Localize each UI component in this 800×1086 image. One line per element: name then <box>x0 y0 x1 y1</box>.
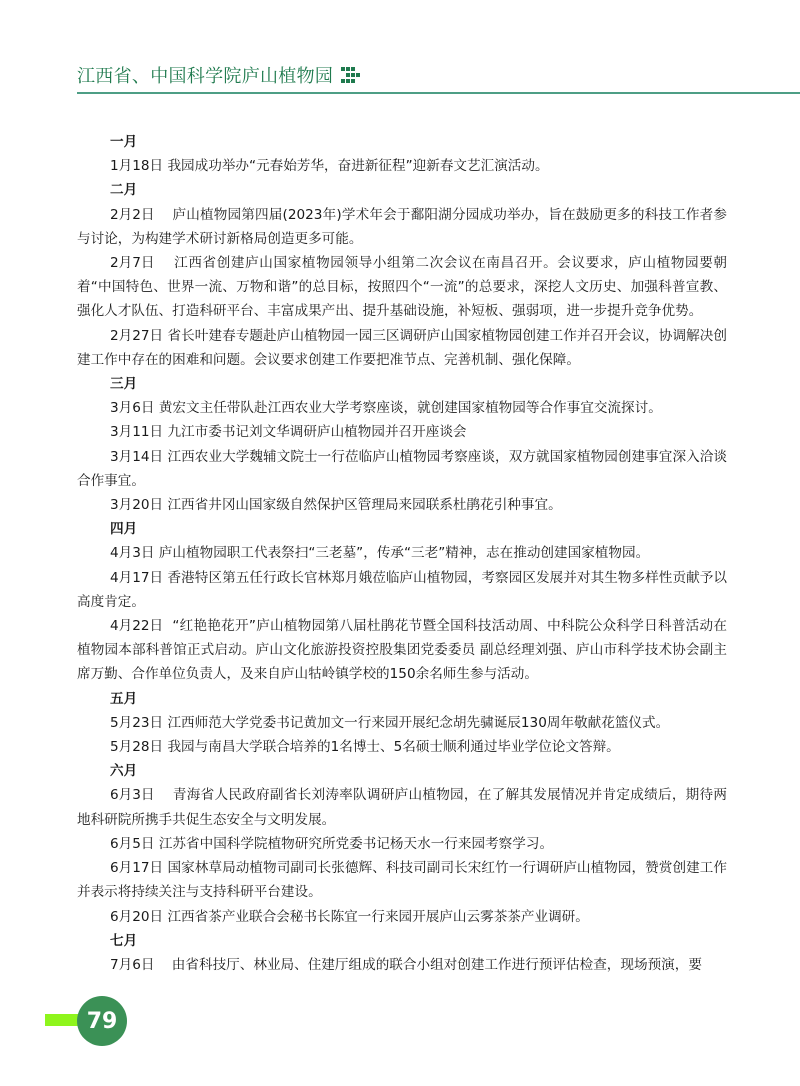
event-entry: 4月17日 香港特区第五任行政长官林郑月娥莅临庐山植物园，考察园区发展并对其生物… <box>77 566 727 614</box>
month-heading: 三月 <box>77 372 727 396</box>
event-text: 江西省井冈山国家级自然保护区管理局来园联系杜鹃花引种事宜。 <box>167 497 561 513</box>
month-section-mar: 三月 3月6日 黄宏文主任带队赴江西农业大学考察座谈，就创建国家植物园等合作事宜… <box>77 372 727 517</box>
event-text: 江西省创建庐山国家植物园领导小组第二次会议在南昌召开。会议要求，庐山植物园要朝着… <box>77 255 727 319</box>
event-entry: 2月7日 江西省创建庐山国家植物园领导小组第二次会议在南昌召开。会议要求，庐山植… <box>77 251 727 324</box>
event-entry: 3月11日 九江市委书记刘文华调研庐山植物园并召开座谈会 <box>77 420 727 444</box>
event-entry: 6月3日 青海省人民政府副省长刘涛率队调研庐山植物园，在了解其发展情况并肯定成绩… <box>77 783 727 831</box>
event-date: 3月6日 <box>110 396 155 420</box>
month-section-apr: 四月 4月3日 庐山植物园职工代表祭扫“三老墓”，传承“三老”精神，志在推动创建… <box>77 517 727 686</box>
event-date: 6月17日 <box>110 856 163 880</box>
event-date: 2月2日 <box>110 203 155 227</box>
header-divider <box>77 92 800 94</box>
chronicle-content: 一月 1月18日 我园成功举办“元春始芳华，奋进新征程”迎新春文艺汇演活动。 二… <box>77 130 727 977</box>
event-date: 4月22日 <box>110 614 163 638</box>
month-heading: 二月 <box>77 178 727 202</box>
month-section-may: 五月 5月23日 江西师范大学党委书记黄加文一行来园开展纪念胡先骕诞辰130周年… <box>77 687 727 760</box>
month-section-jun: 六月 6月3日 青海省人民政府副省长刘涛率队调研庐山植物园，在了解其发展情况并肯… <box>77 759 727 928</box>
event-date: 4月3日 <box>110 541 155 565</box>
event-text: 省长叶建春专题赴庐山植物园一园三区调研庐山国家植物园创建工作并召开会议，协调解决… <box>77 328 727 368</box>
event-entry: 6月20日 江西省茶产业联合会秘书长陈宜一行来园开展庐山云雾茶茶产业调研。 <box>77 905 727 929</box>
event-entry: 5月23日 江西师范大学党委书记黄加文一行来园开展纪念胡先骕诞辰130周年敬献花… <box>77 711 727 735</box>
event-text: “红艳艳花开”庐山植物园第八届杜鹃花节暨全国科技活动周、中科院公众科学日科普活动… <box>77 618 727 682</box>
event-entry: 4月3日 庐山植物园职工代表祭扫“三老墓”，传承“三老”精神，志在推动创建国家植… <box>77 541 727 565</box>
event-text: 国家林草局动植物司副司长张德辉、科技司副司长宋红竹一行调研庐山植物园，赞赏创建工… <box>77 860 727 900</box>
page-number-badge: 79 <box>77 996 127 1046</box>
running-header: 江西省、中国科学院庐山植物园 <box>77 62 363 88</box>
event-date: 1月18日 <box>110 154 163 178</box>
double-chevron-dots-icon <box>341 65 363 85</box>
event-text: 香港特区第五任行政长官林郑月娥莅临庐山植物园，考察园区发展并对其生物多样性贡献予… <box>77 570 727 610</box>
event-date: 6月20日 <box>110 905 163 929</box>
event-text: 我园成功举办“元春始芳华，奋进新征程”迎新春文艺汇演活动。 <box>167 158 548 174</box>
event-date: 5月23日 <box>110 711 163 735</box>
month-heading: 六月 <box>77 759 727 783</box>
month-heading: 一月 <box>77 130 727 154</box>
event-text: 江西省茶产业联合会秘书长陈宜一行来园开展庐山云雾茶茶产业调研。 <box>167 909 588 925</box>
event-text: 庐山植物园第四届(2023年)学术年会于鄱阳湖分园成功举办，旨在鼓励更多的科技工… <box>77 207 727 247</box>
event-entry: 5月28日 我园与南昌大学联合培养的1名博士、5名硕士顺利通过毕业学位论文答辩。 <box>77 735 727 759</box>
month-section-jan: 一月 1月18日 我园成功举办“元春始芳华，奋进新征程”迎新春文艺汇演活动。 <box>77 130 727 178</box>
month-section-feb: 二月 2月2日 庐山植物园第四届(2023年)学术年会于鄱阳湖分园成功举办，旨在… <box>77 178 727 372</box>
month-heading: 四月 <box>77 517 727 541</box>
event-entry: 2月2日 庐山植物园第四届(2023年)学术年会于鄱阳湖分园成功举办，旨在鼓励更… <box>77 203 727 251</box>
event-entry: 6月5日 江苏省中国科学院植物研究所党委书记杨天水一行来园考察学习。 <box>77 832 727 856</box>
event-text: 江苏省中国科学院植物研究所党委书记杨天水一行来园考察学习。 <box>159 836 553 852</box>
event-entry: 7月6日 由省科技厅、林业局、住建厅组成的联合小组对创建工作进行预评估检查，现场… <box>77 953 727 977</box>
event-text: 九江市委书记刘文华调研庐山植物园并召开座谈会 <box>167 424 466 440</box>
event-text: 江西农业大学魏辅文院士一行莅临庐山植物园考察座谈，双方就国家植物园创建事宜深入洽… <box>77 449 727 489</box>
event-date: 2月7日 <box>110 251 155 275</box>
event-date: 6月3日 <box>110 783 155 807</box>
event-text: 江西师范大学党委书记黄加文一行来园开展纪念胡先骕诞辰130周年敬献花篮仪式。 <box>167 715 669 731</box>
event-entry: 3月6日 黄宏文主任带队赴江西农业大学考察座谈，就创建国家植物园等合作事宜交流探… <box>77 396 727 420</box>
event-entry: 3月20日 江西省井冈山国家级自然保护区管理局来园联系杜鹃花引种事宜。 <box>77 493 727 517</box>
event-text: 青海省人民政府副省长刘涛率队调研庐山植物园，在了解其发展情况并肯定成绩后，期待两… <box>77 787 727 827</box>
event-text: 黄宏文主任带队赴江西农业大学考察座谈，就创建国家植物园等合作事宜交流探讨。 <box>159 400 662 416</box>
event-date: 4月17日 <box>110 566 163 590</box>
month-heading: 五月 <box>77 687 727 711</box>
event-date: 6月5日 <box>110 832 155 856</box>
event-date: 7月6日 <box>110 953 155 977</box>
event-entry: 6月17日 国家林草局动植物司副司长张德辉、科技司副司长宋红竹一行调研庐山植物园… <box>77 856 727 904</box>
event-date: 2月27日 <box>110 324 163 348</box>
month-heading: 七月 <box>77 929 727 953</box>
event-entry: 3月14日 江西农业大学魏辅文院士一行莅临庐山植物园考察座谈，双方就国家植物园创… <box>77 445 727 493</box>
event-date: 3月11日 <box>110 420 163 444</box>
event-date: 5月28日 <box>110 735 163 759</box>
event-entry: 1月18日 我园成功举办“元春始芳华，奋进新征程”迎新春文艺汇演活动。 <box>77 154 727 178</box>
event-entry: 2月27日 省长叶建春专题赴庐山植物园一园三区调研庐山国家植物园创建工作并召开会… <box>77 324 727 372</box>
event-text: 由省科技厅、林业局、住建厅组成的联合小组对创建工作进行预评估检查，现场预演，要 <box>172 957 702 973</box>
event-text: 庐山植物园职工代表祭扫“三老墓”，传承“三老”精神，志在推动创建国家植物园。 <box>159 545 649 561</box>
month-section-jul: 七月 7月6日 由省科技厅、林业局、住建厅组成的联合小组对创建工作进行预评估检查… <box>77 929 727 977</box>
header-title: 江西省、中国科学院庐山植物园 <box>77 62 333 88</box>
event-date: 3月20日 <box>110 493 163 517</box>
event-date: 3月14日 <box>110 445 163 469</box>
event-entry: 4月22日 “红艳艳花开”庐山植物园第八届杜鹃花节暨全国科技活动周、中科院公众科… <box>77 614 727 687</box>
event-text: 我园与南昌大学联合培养的1名博士、5名硕士顺利通过毕业学位论文答辩。 <box>167 739 619 755</box>
